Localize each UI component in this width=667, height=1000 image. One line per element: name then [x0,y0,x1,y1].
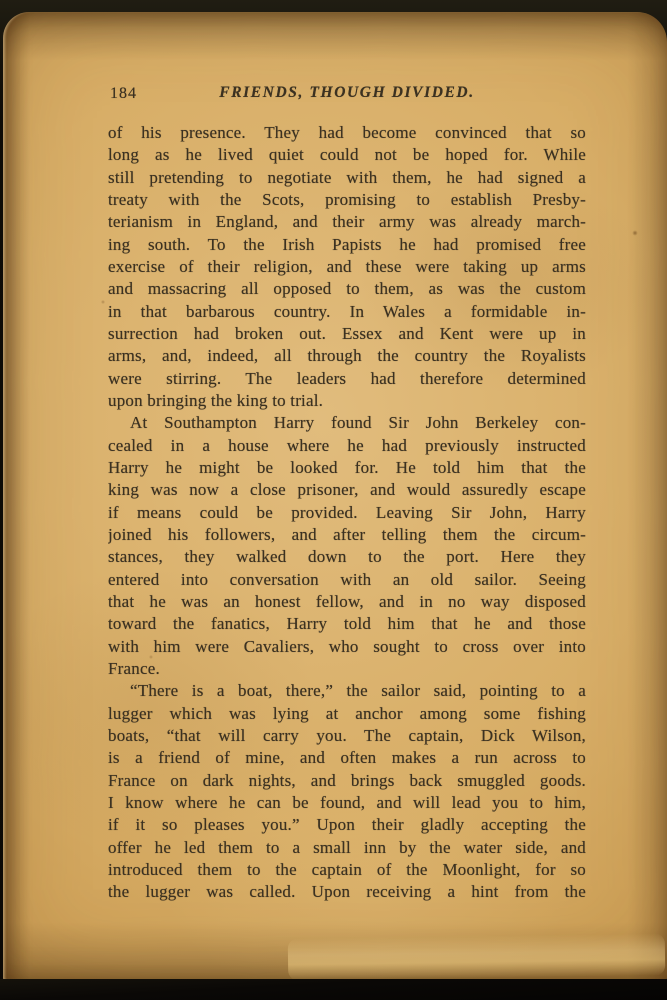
text-line: if it so pleases you.” Upon their gladly… [108,814,586,836]
text-column: 184 FRIENDS, THOUGH DIVIDED. of his pres… [108,84,586,903]
paragraph: At Southampton Harry found Sir John Berk… [108,412,586,680]
text-line: with him were Cavaliers, who sought to c… [108,636,586,658]
text-line: joined his followers, and after telling … [108,524,586,546]
text-line: offer he led them to a small inn by the … [108,837,586,859]
text-line: still pretending to negotiate with them,… [108,167,586,189]
book-page-scan: 184 FRIENDS, THOUGH DIVIDED. of his pres… [0,0,667,1000]
page-header: 184 FRIENDS, THOUGH DIVIDED. [108,84,586,104]
text-line: cealed in a house where he had previousl… [108,435,586,457]
running-header: FRIENDS, THOUGH DIVIDED. [108,84,586,102]
text-line: At Southampton Harry found Sir John Berk… [108,412,586,434]
text-line: treaty with the Scots, promising to esta… [108,189,586,211]
text-line: France. [108,658,586,680]
text-line: surrection had broken out. Essex and Ken… [108,323,586,345]
text-line: were stirring. The leaders had therefore… [108,368,586,390]
text-line: that he was an honest fellow, and in no … [108,591,586,613]
text-line: France on dark nights, and brings back s… [108,770,586,792]
text-line: “There is a boat, there,” the sailor sai… [108,680,586,702]
text-line: exercise of their religion, and these we… [108,256,586,278]
text-line: Harry he might be looked for. He told hi… [108,457,586,479]
text-line: is a friend of mine, and often makes a r… [108,747,586,769]
text-line: the lugger was called. Upon receiving a … [108,881,586,903]
paragraph: “There is a boat, there,” the sailor sai… [108,680,586,903]
text-line: of his presence. They had become convinc… [108,122,586,144]
text-line: toward the fanatics, Harry told him that… [108,613,586,635]
text-line: upon bringing the king to trial. [108,390,586,412]
text-line: I know where he can be found, and will l… [108,792,586,814]
text-line: boats, “that will carry you. The captain… [108,725,586,747]
scan-bottom-edge [0,979,667,1000]
text-line: introduced them to the captain of the Mo… [108,859,586,881]
text-line: lugger which was lying at anchor among s… [108,703,586,725]
text-line: king was now a close prisoner, and would… [108,479,586,501]
page-body: of his presence. They had become convinc… [108,122,586,903]
text-line: if means could be provided. Leaving Sir … [108,502,586,524]
text-line: long as he lived quiet could not be hope… [108,144,586,166]
text-line: arms, and, indeed, all through the count… [108,345,586,367]
text-line: in that barbarous country. In Wales a fo… [108,301,586,323]
paragraph: of his presence. They had become convinc… [108,122,586,412]
text-line: terianism in England, and their army was… [108,211,586,233]
text-line: stances, they walked down to the port. H… [108,546,586,568]
page-number: 184 [110,85,137,103]
text-line: and massacring all opposed to them, as w… [108,278,586,300]
text-line: ing south. To the Irish Papists he had p… [108,234,586,256]
text-line: entered into conversation with an old sa… [108,569,586,591]
